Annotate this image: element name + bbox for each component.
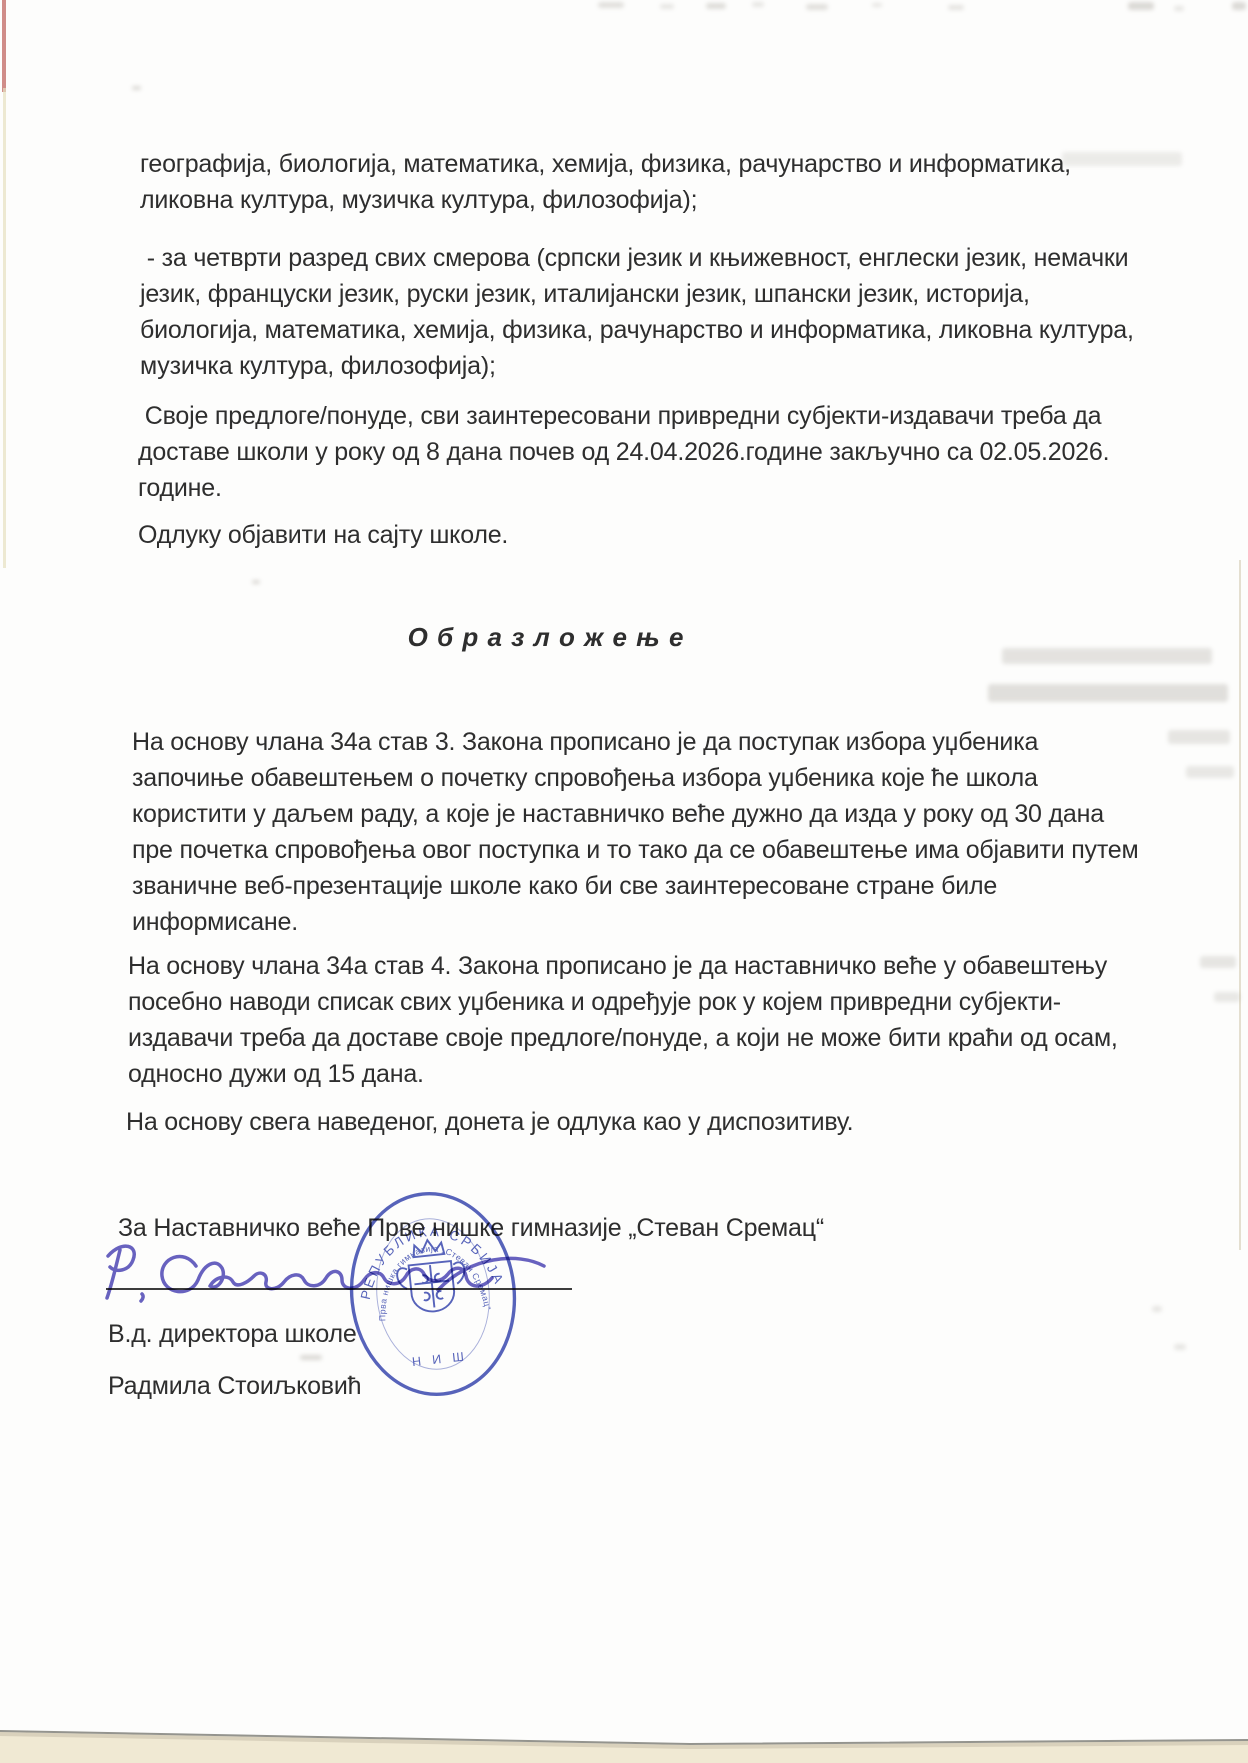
scan-artifact bbox=[1128, 2, 1154, 10]
scan-artifact bbox=[1232, 2, 1246, 10]
scan-artifact bbox=[1152, 1306, 1162, 1312]
scan-artifact-left-red-edge bbox=[2, 0, 6, 92]
scan-artifact bbox=[948, 5, 964, 10]
scan-artifact-ghost-text bbox=[1186, 766, 1234, 778]
stamp-city-label: Н И Ш bbox=[411, 1349, 468, 1369]
scan-artifact bbox=[872, 3, 882, 7]
scan-artifact-ghost-text bbox=[1062, 152, 1182, 166]
scanned-document-page: географија, биологија, математика, хемиј… bbox=[0, 0, 1248, 1763]
text-line: односно дужи од 15 дана. bbox=[128, 1056, 1118, 1092]
scan-artifact bbox=[1174, 6, 1184, 11]
text-line: На основу члана 34а став 3. Закона пропи… bbox=[132, 724, 1139, 760]
scan-artifact bbox=[706, 3, 726, 9]
text-line: биологија, математика, хемија, физика, р… bbox=[140, 312, 1134, 348]
scan-artifact bbox=[252, 580, 260, 584]
text-line: започиње обавештењем о почетку спровођењ… bbox=[132, 760, 1139, 796]
paragraph-subjects-continued: географија, биологија, математика, хемиј… bbox=[140, 146, 1071, 218]
text-line: географија, биологија, математика, хемиј… bbox=[140, 146, 1071, 182]
scan-artifact bbox=[598, 2, 624, 8]
scan-artifact-ghost-text bbox=[1168, 730, 1230, 744]
text-line: користити у даљем раду, а које је настав… bbox=[132, 796, 1139, 832]
scan-artifact-ghost-text bbox=[1002, 648, 1212, 664]
scan-artifact bbox=[132, 86, 141, 90]
text-line: језик, француски језик, руски језик, ита… bbox=[140, 276, 1134, 312]
text-line: пре почетка спровођења овог поступка и т… bbox=[132, 832, 1139, 868]
closing-name: Радмила Стоиљковић bbox=[108, 1368, 361, 1404]
section-heading-obrazlozenje: О б р а з л о ж е њ е bbox=[136, 622, 956, 653]
text-line: године. bbox=[138, 470, 1109, 506]
paragraph-conclusion: На основу свега наведеног, донета је одл… bbox=[126, 1104, 853, 1140]
scan-artifact bbox=[660, 4, 674, 9]
text-line: музичка култура, филозофија); bbox=[140, 348, 1134, 384]
scan-artifact-ghost-text bbox=[1200, 956, 1236, 968]
text-line: посебно наводи списак свих уџбеника и од… bbox=[128, 984, 1118, 1020]
paragraph-submission-deadline: Своје предлоге/понуде, сви заинтересован… bbox=[138, 398, 1109, 506]
scan-artifact-right-edge-line bbox=[1239, 560, 1241, 1250]
scan-artifact-ghost-text bbox=[988, 684, 1228, 702]
official-stamp: РЕПУБЛИКА СРБИЈА Прва нишка гимназија „С… bbox=[335, 1177, 531, 1410]
text-line: ликовна култура, музичка култура, филозо… bbox=[140, 182, 1071, 218]
scan-artifact bbox=[806, 4, 828, 10]
text-line: информисане. bbox=[132, 904, 1139, 940]
text-line: - за четврти разред свих смерова (српски… bbox=[140, 240, 1134, 276]
paragraph-fourth-grade-list: - за четврти разред свих смерова (српски… bbox=[140, 240, 1134, 384]
scan-artifact bbox=[1174, 1344, 1186, 1350]
scan-artifact bbox=[752, 2, 764, 7]
text-line: Своје предлоге/понуде, сви заинтересован… bbox=[138, 398, 1109, 434]
closing-role: В.д. директора школе bbox=[108, 1316, 357, 1352]
paragraph-law-article-34a-4: На основу члана 34а став 4. Закона пропи… bbox=[128, 948, 1118, 1092]
paragraph-publish-decision: Одлуку објавити на сајту школе. bbox=[138, 517, 508, 553]
paragraph-law-article-34a-3: На основу члана 34а став 3. Закона пропи… bbox=[132, 724, 1139, 940]
text-line: издавачи треба да доставе своје предлоге… bbox=[128, 1020, 1118, 1056]
text-line: На основу члана 34а став 4. Закона пропи… bbox=[128, 948, 1118, 984]
text-line: доставе школи у року од 8 дана почев од … bbox=[138, 434, 1109, 470]
text-line: званичне веб-презентације школе како би … bbox=[132, 868, 1139, 904]
scan-artifact bbox=[300, 1355, 322, 1360]
text-line: На основу свега наведеног, донета је одл… bbox=[126, 1104, 853, 1140]
text-line: Одлуку објавити на сајту школе. bbox=[138, 517, 508, 553]
scan-artifact-ghost-text bbox=[1214, 992, 1240, 1002]
scan-artifact-left-yellow-edge bbox=[3, 88, 6, 568]
scan-paper-bottom-edge bbox=[0, 1700, 1248, 1763]
